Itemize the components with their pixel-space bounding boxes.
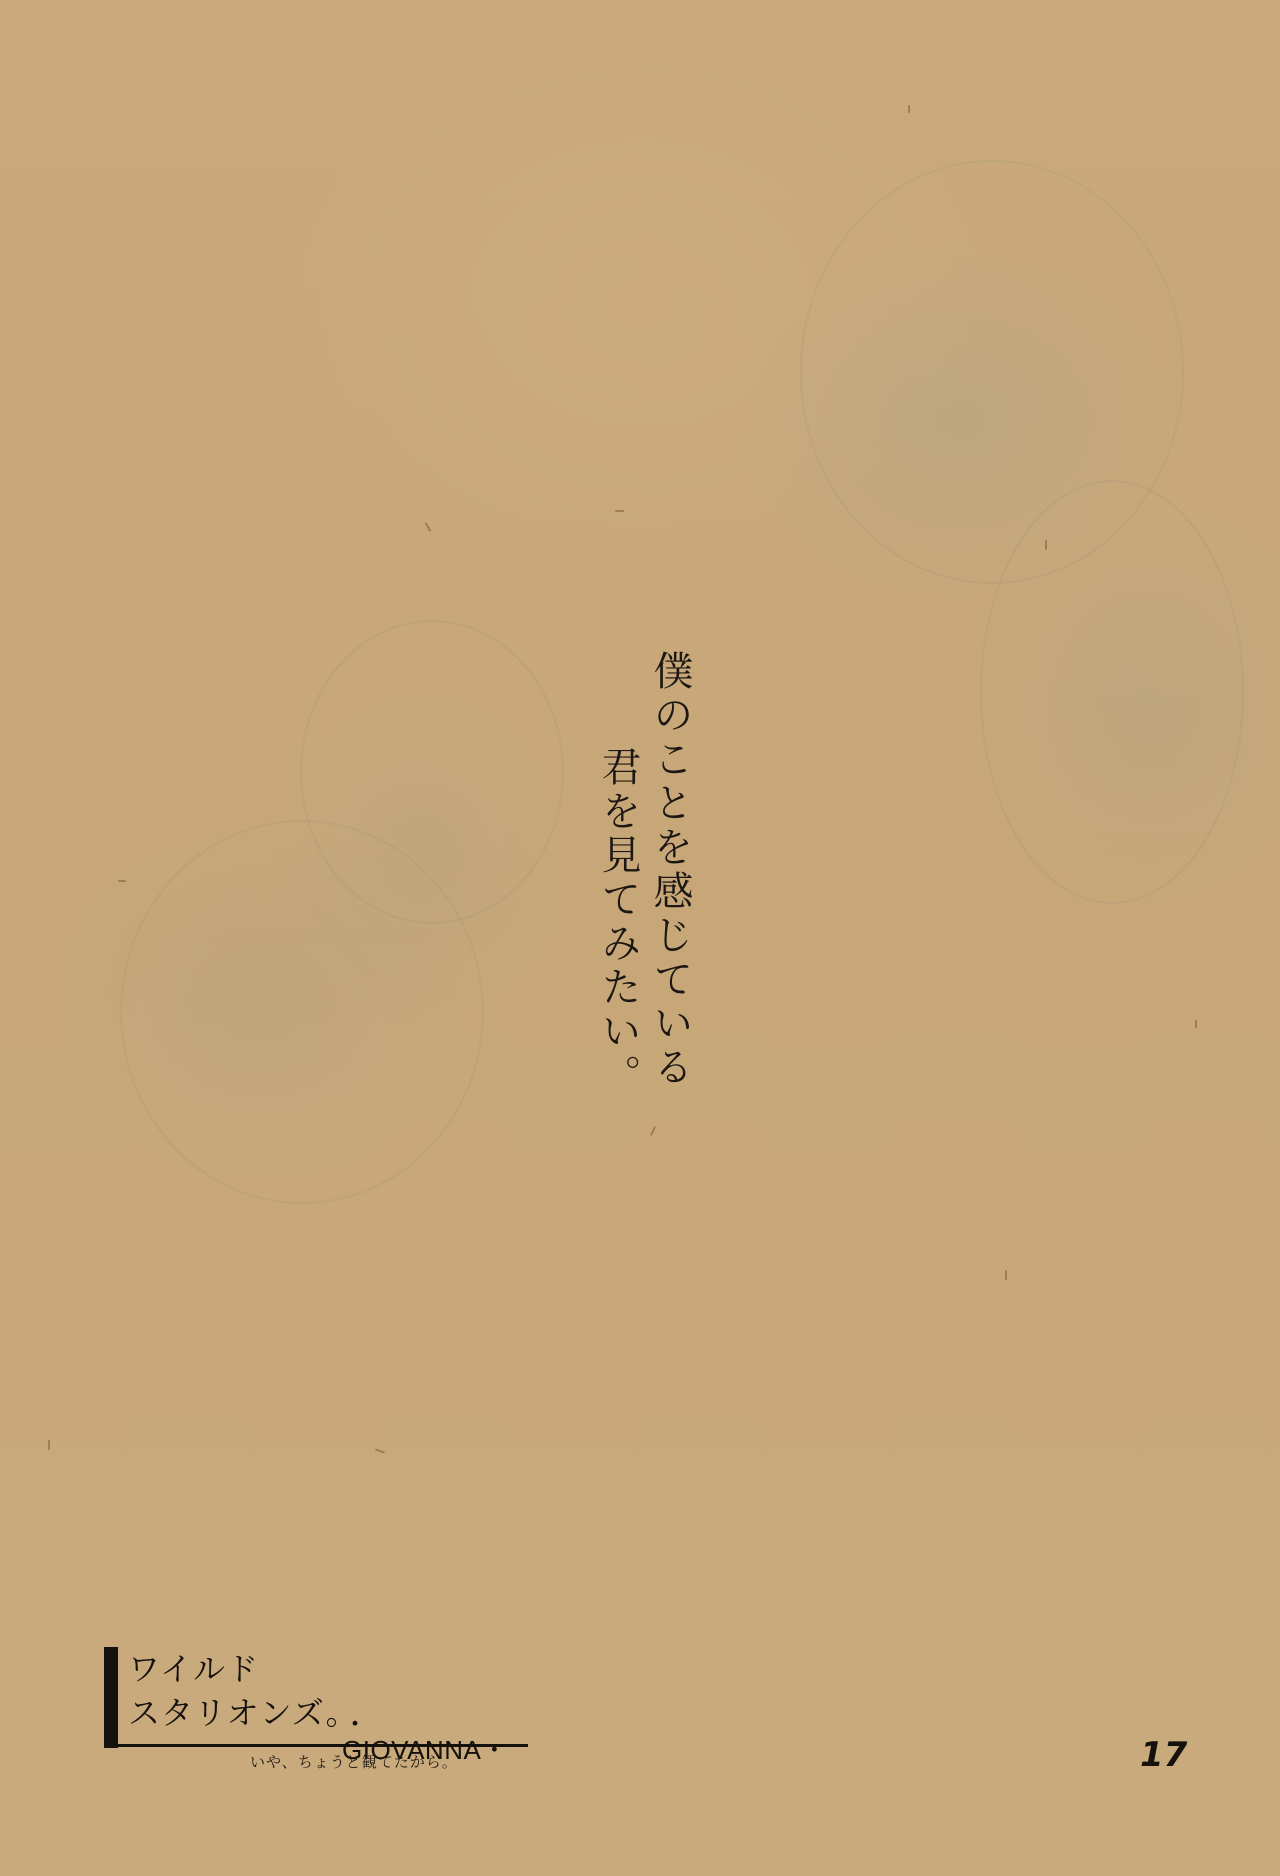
title-vertical-bar: [104, 1647, 118, 1748]
paper-fleck: [1045, 540, 1047, 550]
ghost-sketch-shape: [300, 620, 564, 924]
paper-fleck: [48, 1440, 50, 1450]
poem-line-1: 僕のことを感じている: [650, 650, 690, 1090]
paper-fleck: [1005, 1270, 1007, 1280]
title-line-2: スタリオンズ。: [128, 1697, 359, 1729]
paper-fleck: [118, 880, 126, 882]
footer-note: いや、ちょうど観てたから。: [250, 1751, 458, 1772]
paper-fleck: [908, 105, 910, 113]
page-number: 17: [1140, 1738, 1187, 1772]
paper-fleck: [615, 510, 624, 512]
paper-fleck: [1195, 1020, 1197, 1028]
title-line-1: ワイルド: [128, 1653, 259, 1685]
poem-line-2: 君を見てみたい。: [598, 746, 638, 1098]
ghost-sketch-shape: [980, 480, 1244, 904]
footer-title-block: ワイルド スタリオンズ。 ・GIOVANNA・: [104, 1647, 528, 1748]
